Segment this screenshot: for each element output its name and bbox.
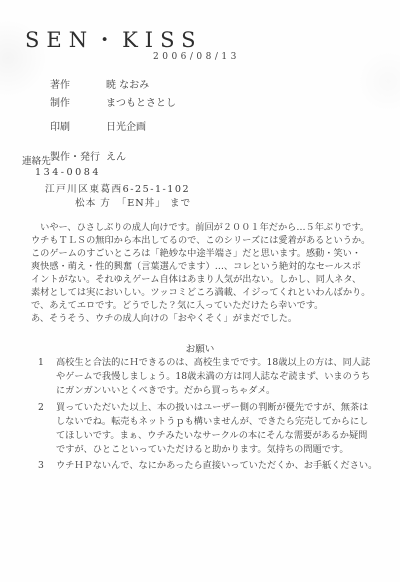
notice-item-text: ウチＨＰないんで、なにかあったら直接いっていただくか、お手紙ください。 [56, 459, 377, 473]
credit-value: まつもとさとし [106, 94, 176, 109]
notice-item-number: 3 [38, 459, 56, 473]
credit-label: 制作 [50, 94, 106, 109]
notice-item-line: てほしいです。まぁ、ウチみたいなサークルの本にそんな需要があるか疑問 [56, 429, 368, 443]
afterword-line: いやー、ひさしぶりの成人向けです。前回が２００１年だから…５年ぶりです。 [31, 221, 370, 234]
credits-section: 著作 暁 なおみ 制作 まつもとさとし 印刷 日光企画 製作・発行 えん [50, 76, 176, 166]
notice-item-line: ウチＨＰないんで、なにかあったら直接いっていただくか、お手紙ください。 [56, 459, 377, 473]
recipient-line: 松本 方 「EN丼」 まで [75, 195, 191, 209]
doujin-title: SEN・KISS [25, 24, 202, 54]
afterword-line: あ、そうそう、ウチの成人向けの「おやくそく」がまだでした。 [31, 312, 370, 325]
notice-item-line: にガンガンいいとくべきです。だから買っちゃダメ。 [56, 384, 370, 398]
notice-section: 1 高校生と合法的にＨできるのは、高校生までです。18歳以上の方は、同人誌 やゲ… [38, 356, 377, 476]
credit-value: 暁 なおみ [106, 76, 149, 91]
notice-heading: お願い [0, 341, 400, 355]
postal-code: 134-0084 [35, 167, 101, 178]
credit-row-printing: 印刷 日光企画 [50, 118, 176, 133]
afterword-line: イントがない。それゆえゲーム自体はあまり人気が出ない。しかし、同人ネタ、 [31, 273, 370, 286]
notice-item-line: やゲームで我慢しましょう。18歳未満の方は同人誌なぞ読まず、いまのうち [56, 370, 370, 384]
notice-item-number: 1 [38, 356, 56, 399]
notice-item-line: ですが、ひとこといっていただけると助かります。気持ちの問題です。 [56, 443, 368, 457]
notice-item: 1 高校生と合法的にＨできるのは、高校生までです。18歳以上の方は、同人誌 やゲ… [38, 356, 377, 399]
credit-label: 製作・発行 [50, 148, 106, 163]
address-line: 江戸川区東葛西6-25-1-102 [45, 181, 190, 195]
afterword-line: 素材としては実においしい。ツッコミどころ満載、イジってくれといわんばかり。 [31, 286, 370, 299]
credit-label: 印刷 [50, 118, 106, 133]
credit-row-author: 著作 暁 なおみ [50, 76, 176, 91]
afterword-line: で、あえてエロです。どうでした？気に入っていただけたら幸いです。 [31, 299, 370, 312]
credit-row-publisher: 製作・発行 えん [50, 148, 176, 163]
notice-item-text: 高校生と合法的にＨできるのは、高校生までです。18歳以上の方は、同人誌 やゲーム… [56, 356, 370, 399]
notice-item: 2 買っていただいた以上、本の扱いはユーザー側の判断が優先ですが、無茶は しない… [38, 401, 377, 458]
notice-item-line: 買っていただいた以上、本の扱いはユーザー側の判断が優先ですが、無茶は [56, 401, 368, 415]
credit-value: 日光企画 [106, 118, 146, 133]
afterword-line: 爽快感・萌え・性的興奮（言葉選んでます）…、コレという絶対的なセールスポ [31, 260, 370, 273]
publish-date: 2006/08/13 [153, 52, 240, 62]
notice-item-line: 高校生と合法的にＨできるのは、高校生までです。18歳以上の方は、同人誌 [56, 356, 370, 370]
notice-item-number: 2 [38, 401, 56, 458]
notice-item: 3 ウチＨＰないんで、なにかあったら直接いっていただくか、お手紙ください。 [38, 459, 377, 473]
notice-item-text: 買っていただいた以上、本の扱いはユーザー側の判断が優先ですが、無茶は しないでね… [56, 401, 368, 458]
contact-heading: 連絡先 [22, 153, 51, 167]
afterword-line: このゲームのすごいところは「絶妙な中途半端さ」だと思います。感動・笑い・ [31, 247, 370, 260]
colophon-page: SEN・KISS 2006/08/13 著作 暁 なおみ 制作 まつもとさとし … [0, 0, 400, 582]
credit-label: 著作 [50, 76, 106, 91]
afterword-line: ウチもＴＬＳの無印から本出してるので、このシリーズには愛着があるというか。 [31, 234, 370, 247]
afterword-paragraph: いやー、ひさしぶりの成人向けです。前回が２００１年だから…５年ぶりです。 ウチも… [31, 221, 370, 325]
credit-row-production: 制作 まつもとさとし [50, 94, 176, 109]
credit-value: えん [106, 148, 126, 163]
notice-item-line: しないでね。転売もネットうｐも構いませんが、できたら完売してからにし [56, 415, 368, 429]
